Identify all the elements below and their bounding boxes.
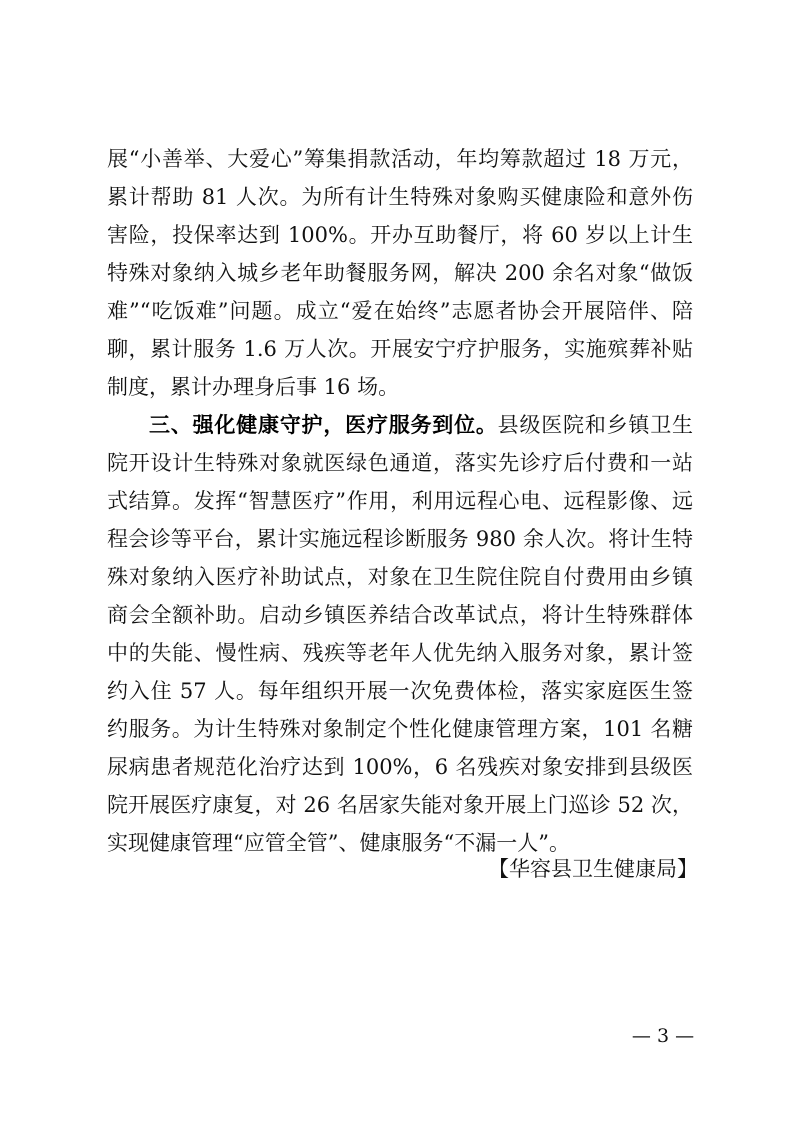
paragraph-section-three: 三、强化健康守护，医疗服务到位。县级医院和乡镇卫生院开设计生特殊对象就医绿色通道… <box>107 406 693 862</box>
page-number: — 3 — <box>628 1022 698 1050</box>
paragraph-continuation: 展“小善举、大爱心”筹集捐款活动，年均筹款超过 18 万元，累计帮助 81 人次… <box>107 140 693 406</box>
document-body: 展“小善举、大爱心”筹集捐款活动，年均筹款超过 18 万元，累计帮助 81 人次… <box>107 140 693 862</box>
section-heading: 三、强化健康守护，医疗服务到位。 <box>149 413 498 437</box>
document-page: 展“小善举、大爱心”筹集捐款活动，年均筹款超过 18 万元，累计帮助 81 人次… <box>0 0 794 1123</box>
paragraph-text: 展“小善举、大爱心”筹集捐款活动，年均筹款超过 18 万元，累计帮助 81 人次… <box>107 147 693 399</box>
paragraph-text: 县级医院和乡镇卫生院开设计生特殊对象就医绿色通道，落实先诊疗后付费和一站式结算。… <box>107 413 693 855</box>
signature-org: 【华容县卫生健康局】 <box>488 852 693 886</box>
